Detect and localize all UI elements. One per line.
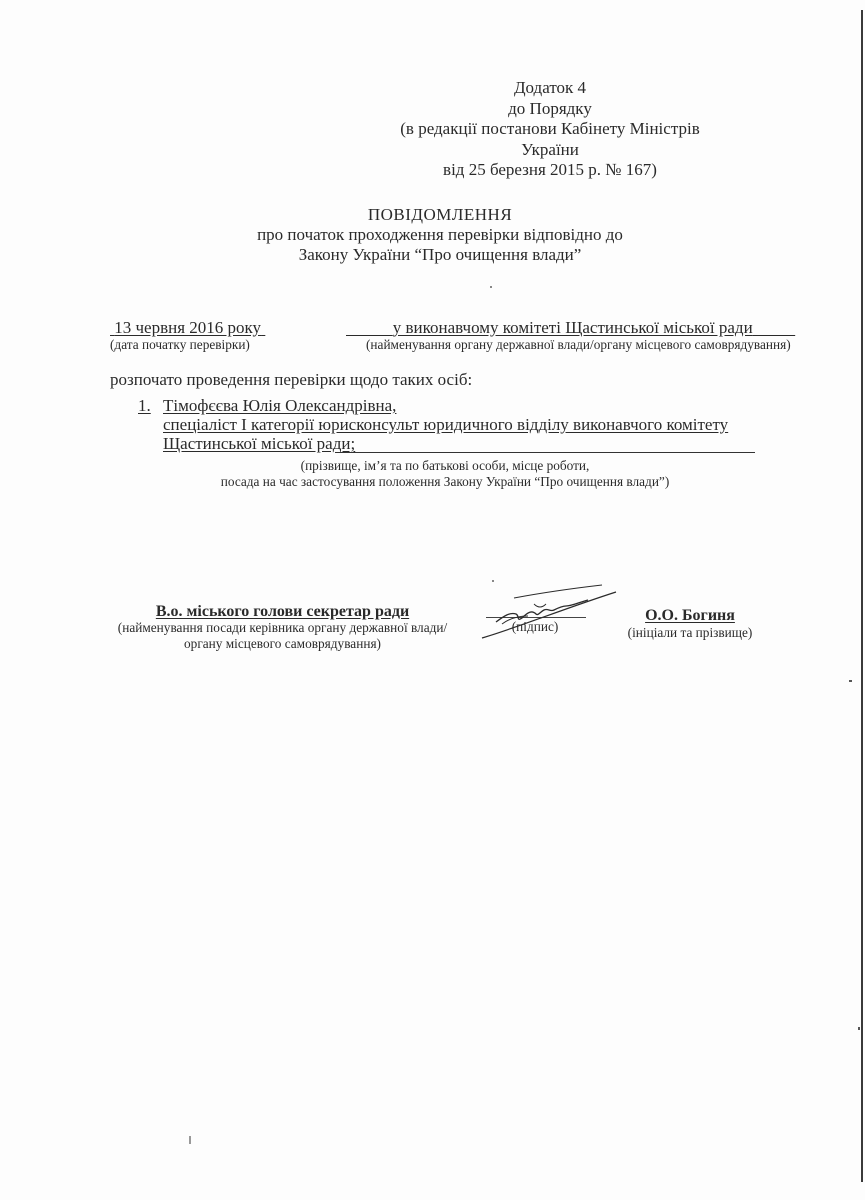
org-pad	[753, 318, 796, 337]
scan-edge-line	[861, 10, 863, 1182]
date-value: 13 червня 2016 року	[114, 318, 261, 337]
position-caption-line-1: (найменування посади керівника органу де…	[110, 620, 455, 636]
scan-speck	[849, 680, 852, 682]
document-title: ПОВІДОМЛЕННЯ про початок проходження пер…	[255, 205, 625, 265]
list-item-number: 1.	[138, 396, 151, 416]
signatory-name-text: О.О. Богиня	[645, 607, 735, 624]
person-caption-line-2: посада на час застосування положення Зак…	[200, 474, 690, 490]
handwritten-signature-icon	[476, 582, 626, 642]
organization-caption: (найменування органу державної влади/орг…	[366, 337, 791, 353]
scan-speck	[490, 286, 492, 288]
title-subtitle-1: про початок проходження перевірки відпов…	[255, 225, 625, 245]
appendix-date: від 25 березня 2015 р. № 167)	[370, 160, 730, 181]
signatory-name-caption: (ініціали та прізвище)	[615, 625, 765, 641]
date-pad	[261, 318, 265, 337]
person-caption-line-1: (прізвище, ім’я та по батькові особи, мі…	[200, 458, 690, 474]
date-caption: (дата початку перевірки)	[110, 337, 250, 353]
signatory-name: О.О. Богиня	[620, 607, 760, 625]
signatory-position-caption: (найменування посади керівника органу де…	[110, 620, 455, 652]
appendix-edition: (в редакції постанови Кабінету Міністрів…	[370, 119, 730, 160]
scan-speck	[858, 1027, 860, 1030]
person-position-line-2: Щастинської міської ради;	[163, 434, 355, 454]
title-main: ПОВІДОМЛЕННЯ	[255, 205, 625, 225]
signatory-position-text: В.о. міського голови секретар ради	[156, 603, 409, 620]
title-subtitle-2: Закону України “Про очищення влади”	[255, 245, 625, 265]
signatory-position: В.о. міського голови секретар ради	[110, 603, 455, 621]
position-caption-line-2: органу місцевого самоврядування)	[110, 636, 455, 652]
person-name: Тімофєєва Юлія Олександрівна,	[163, 396, 396, 416]
appendix-number: Додаток 4	[370, 78, 730, 99]
scan-speck	[189, 1136, 191, 1144]
appendix-procedure: до Порядку	[370, 99, 730, 120]
organization-field: у виконавчому комітеті Щастинської міськ…	[346, 318, 795, 338]
appendix-header: Додаток 4 до Порядку (в редакції постано…	[370, 78, 730, 181]
person-position-line-1: спеціаліст І категорії юрисконсульт юрид…	[163, 415, 728, 435]
person-caption: (прізвище, ім’я та по батькові особи, мі…	[200, 458, 690, 490]
document-page: Додаток 4 до Порядку (в редакції постано…	[0, 0, 865, 1200]
check-start-date: 13 червня 2016 року	[110, 318, 265, 338]
intro-text: розпочато проведення перевірки щодо таки…	[110, 370, 472, 390]
organization-value: у виконавчому комітеті Щастинської міськ…	[393, 318, 753, 337]
fill-underline	[335, 452, 755, 453]
org-pad	[346, 318, 393, 337]
